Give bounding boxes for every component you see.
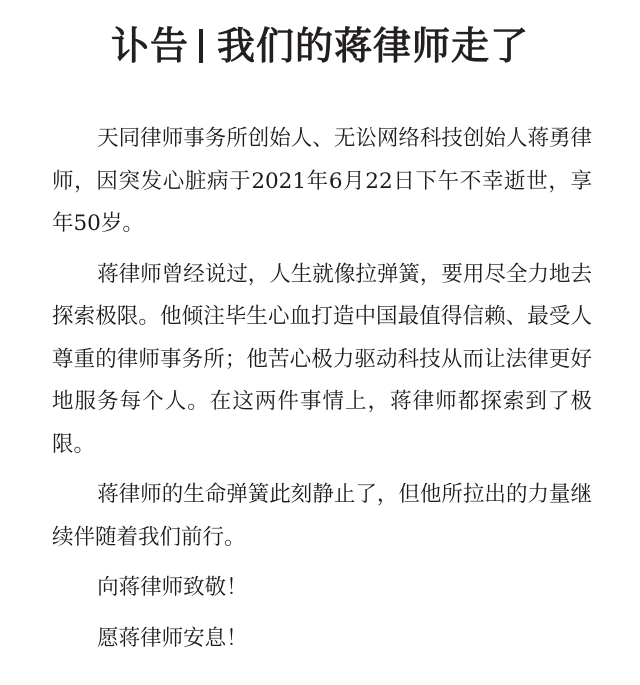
closing-rest-in-peace: 愿蒋律师安息！ <box>52 618 592 661</box>
paragraph-legacy: 蒋律师曾经说过，人生就像拉弹簧，要用尽全力地去探索极限。他倾注毕生心血打造中国最… <box>52 254 592 467</box>
closing-tribute: 向蒋律师致敬！ <box>52 567 592 610</box>
title-main: 我们的蒋律师走了 <box>217 24 529 68</box>
page-title: 讣告我们的蒋律师走了 <box>0 20 640 72</box>
paragraph-farewell: 蒋律师的生命弹簧此刻静止了，但他所拉出的力量继续伴随着我们前行。 <box>52 474 592 559</box>
paragraph-announcement: 天同律师事务所创始人、无讼网络科技创始人蒋勇律师，因突发心脏病于2021年6月2… <box>52 118 592 246</box>
title-separator <box>199 29 203 63</box>
title-prefix: 讣告 <box>111 24 189 68</box>
obituary-body: 天同律师事务所创始人、无讼网络科技创始人蒋勇律师，因突发心脏病于2021年6月2… <box>52 118 592 660</box>
